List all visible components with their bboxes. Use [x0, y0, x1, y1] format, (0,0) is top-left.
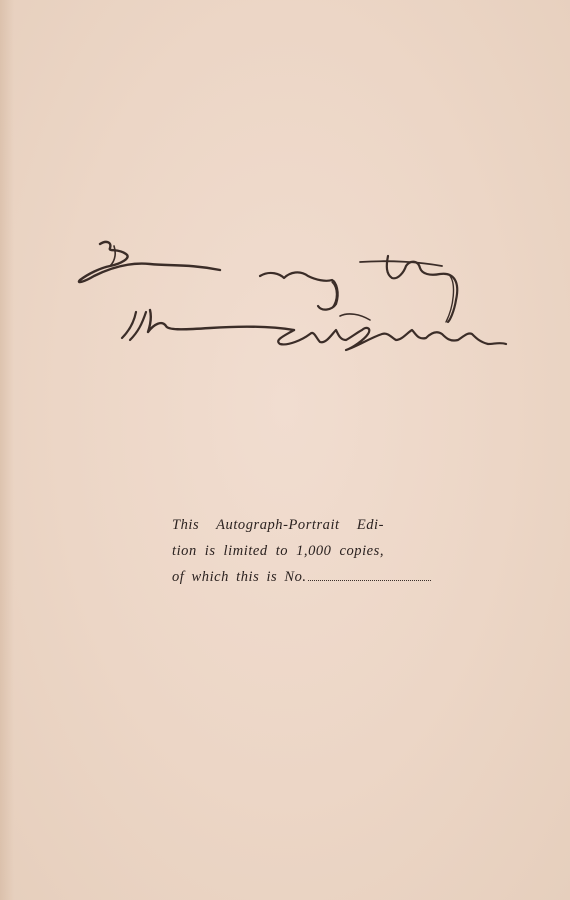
book-page: Yours very truly Thomas A. Edison This A…	[0, 0, 570, 900]
page-binding-shadow	[0, 0, 14, 900]
colophon-line-3-text: of which this is No.	[172, 569, 307, 585]
handwritten-signature: Yours very truly Thomas A. Edison	[70, 230, 510, 360]
colophon-line-1: This Autograph-Portrait Edi-	[172, 512, 384, 538]
copy-number-blank	[308, 570, 431, 581]
colophon-line-2: tion is limited to 1,000 copies,	[172, 538, 384, 564]
edition-colophon: This Autograph-Portrait Edi- tion is lim…	[172, 512, 384, 590]
signature-strokes-icon	[70, 230, 510, 360]
colophon-line-3: of which this is No.	[172, 564, 384, 590]
